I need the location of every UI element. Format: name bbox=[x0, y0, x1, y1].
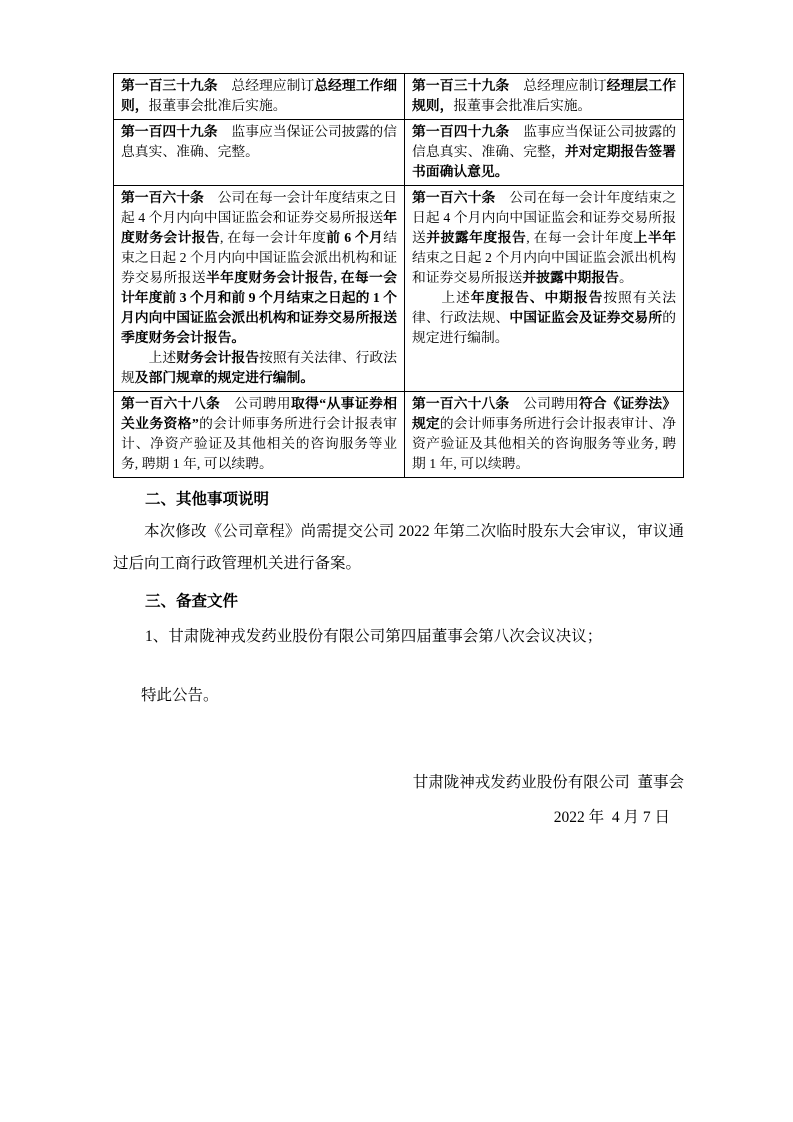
document-page: 第一百三十九条 总经理应制订总经理工作细则，报董事会批准后实施。 第一百三十九条… bbox=[0, 0, 793, 1122]
table-row-article-139: 第一百三十九条 总经理应制订总经理工作细则，报董事会批准后实施。 第一百三十九条… bbox=[114, 74, 684, 120]
section-other-matters-heading: 二、其他事项说明 bbox=[113, 489, 684, 511]
paragraph: 上述财务会计报告按照有关法律、行政法规及部门规章的规定进行编制。 bbox=[121, 348, 397, 388]
paragraph: 第一百三十九条 总经理应制订经理层工作规则，报董事会批准后实施。 bbox=[412, 76, 676, 116]
cell-amended-article-139: 第一百三十九条 总经理应制订经理层工作规则，报董事会批准后实施。 bbox=[405, 74, 684, 120]
cell-original-article-139: 第一百三十九条 总经理应制订总经理工作细则，报董事会批准后实施。 bbox=[114, 74, 405, 120]
cell-original-article-168: 第一百六十八条 公司聘用取得“从事证券相关业务资格”的会计师事务所进行会计报表审… bbox=[114, 392, 405, 478]
paragraph: 第一百四十九条 监事应当保证公司披露的信息真实、准确、完整。 bbox=[121, 122, 397, 162]
paragraph: 第一百三十九条 总经理应制订总经理工作细则，报董事会批准后实施。 bbox=[121, 76, 397, 116]
paragraph: 第一百六十条 公司在每一会计年度结束之日起 4 个月内向中国证监会和证券交易所报… bbox=[121, 188, 397, 348]
signature-company: 甘肃陇神戎发药业股份有限公司 董事会 bbox=[113, 772, 684, 794]
document-content: 第一百三十九条 总经理应制订总经理工作细则，报董事会批准后实施。 第一百三十九条… bbox=[113, 73, 684, 829]
cell-original-article-160: 第一百六十条 公司在每一会计年度结束之日起 4 个月内向中国证监会和证券交易所报… bbox=[114, 186, 405, 392]
cell-original-article-149: 第一百四十九条 监事应当保证公司披露的信息真实、准确、完整。 bbox=[114, 120, 405, 186]
table-row-article-160: 第一百六十条 公司在每一会计年度结束之日起 4 个月内向中国证监会和证券交易所报… bbox=[114, 186, 684, 392]
paragraph: 第一百六十八条 公司聘用符合《证券法》规定的会计师事务所进行会计报表审计、净资产… bbox=[412, 394, 676, 474]
paragraph: 第一百六十条 公司在每一会计年度结束之日起 4 个月内向中国证监会和证券交易所报… bbox=[412, 188, 676, 288]
cell-amended-article-168: 第一百六十八条 公司聘用符合《证券法》规定的会计师事务所进行会计报表审计、净资产… bbox=[405, 392, 684, 478]
closing-note: 特此公告。 bbox=[113, 685, 684, 707]
paragraph: 上述年度报告、中期报告按照有关法律、行政法规、中国证监会及证券交易所的规定进行编… bbox=[412, 288, 676, 348]
reference-doc-item: 1、甘肃陇神戎发药业股份有限公司第四届董事会第八次会议决议； bbox=[113, 626, 684, 648]
paragraph: 第一百六十八条 公司聘用取得“从事证券相关业务资格”的会计师事务所进行会计报表审… bbox=[121, 394, 397, 474]
cell-amended-article-149: 第一百四十九条 监事应当保证公司披露的信息真实、准确、完整，并对定期报告签署书面… bbox=[405, 120, 684, 186]
section-other-matters-paragraph: 本次修改《公司章程》尚需提交公司 2022 年第二次临时股东大会审议，审议通过后… bbox=[113, 516, 684, 580]
cell-amended-article-160: 第一百六十条 公司在每一会计年度结束之日起 4 个月内向中国证监会和证券交易所报… bbox=[405, 186, 684, 392]
table-row-article-168: 第一百六十八条 公司聘用取得“从事证券相关业务资格”的会计师事务所进行会计报表审… bbox=[114, 392, 684, 478]
articles-comparison-table: 第一百三十九条 总经理应制订总经理工作细则，报董事会批准后实施。 第一百三十九条… bbox=[113, 73, 684, 478]
section-reference-docs-heading: 三、备查文件 bbox=[113, 591, 684, 613]
paragraph: 第一百四十九条 监事应当保证公司披露的信息真实、准确、完整，并对定期报告签署书面… bbox=[412, 122, 676, 182]
table-row-article-149: 第一百四十九条 监事应当保证公司披露的信息真实、准确、完整。 第一百四十九条 监… bbox=[114, 120, 684, 186]
signature-date: 2022 年 4 月 7 日 bbox=[113, 807, 684, 829]
